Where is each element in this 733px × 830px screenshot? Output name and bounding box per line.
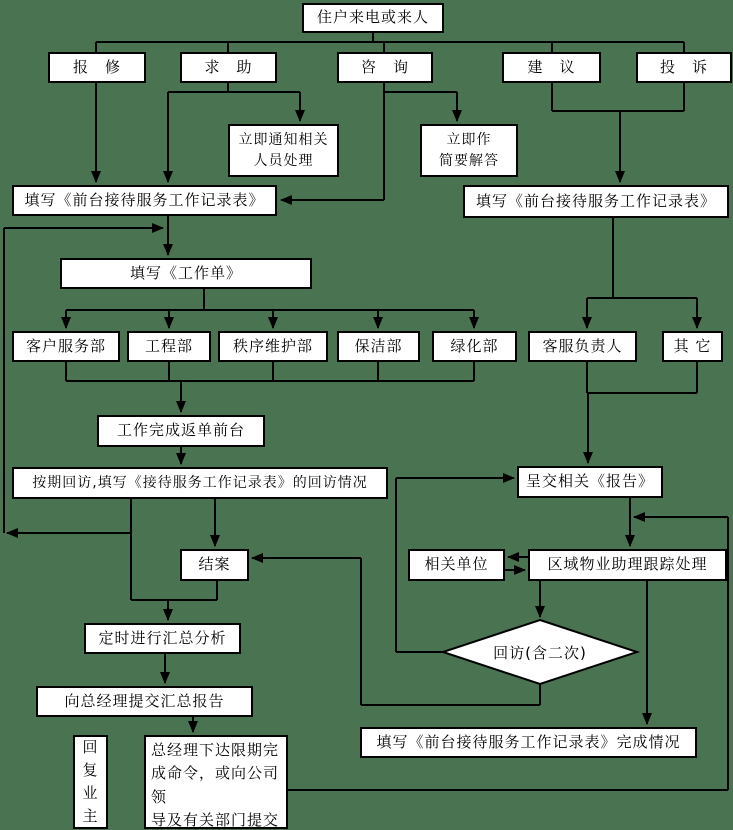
node-complaint: 投 诉 [636,52,732,83]
node-worksheet: 填写《工作单》 [60,258,312,289]
node-other: 其 它 [662,331,723,362]
node-related-unit: 相关单位 [408,549,505,581]
node-repair: 报 修 [48,52,146,83]
node-work-return: 工作完成返单前台 [97,415,265,447]
node-help: 求 助 [180,52,277,83]
node-summary-analysis: 定时进行汇总分析 [84,623,241,654]
node-suggestion: 建 议 [502,52,601,83]
node-form-right: 填写《前台接待服务工作记录表》 [463,185,729,218]
node-inquiry: 咨 询 [337,52,433,83]
node-gm-order: 总经理下达限期完 成命令，或向公司领 导及有关部门提交 处理建议 [144,735,288,829]
node-notify-staff: 立即通知相关 人员处理 [228,124,339,177]
node-tracking: 区域物业助理跟踪处理 [528,549,727,581]
node-brief-answer: 立即作 简要解答 [420,124,518,177]
node-gm-report: 向总经理提交汇总报告 [36,686,253,717]
flowchart-canvas: 住户来电或来人 报 修 求 助 咨 询 建 议 投 诉 立即通知相关 人员处理 … [0,0,733,830]
node-dept-customer-service: 客户服务部 [12,331,120,362]
node-reply-owner: 回 复 业 主 [73,735,108,829]
node-dept-cleaning: 保洁部 [337,331,420,362]
node-submit-report: 呈交相关《报告》 [517,466,663,498]
node-service-lead: 客服负责人 [528,331,637,362]
node-start: 住户来电或来人 [302,3,444,33]
node-followup: 按期回访,填写《接待服务工作记录表》的回访情况 [12,467,388,499]
node-dept-order-maintenance: 秩序维护部 [218,331,328,362]
node-dept-greening: 绿化部 [432,331,517,362]
node-close-case: 结案 [180,549,249,581]
node-dept-engineering: 工程部 [127,331,211,362]
node-form-left: 填写《前台接待服务工作记录表》 [12,185,277,216]
node-completion: 填写《前台接待服务工作记录表》完成情况 [360,727,697,758]
revisit-decision-label: 回访(含二次) [443,636,637,668]
